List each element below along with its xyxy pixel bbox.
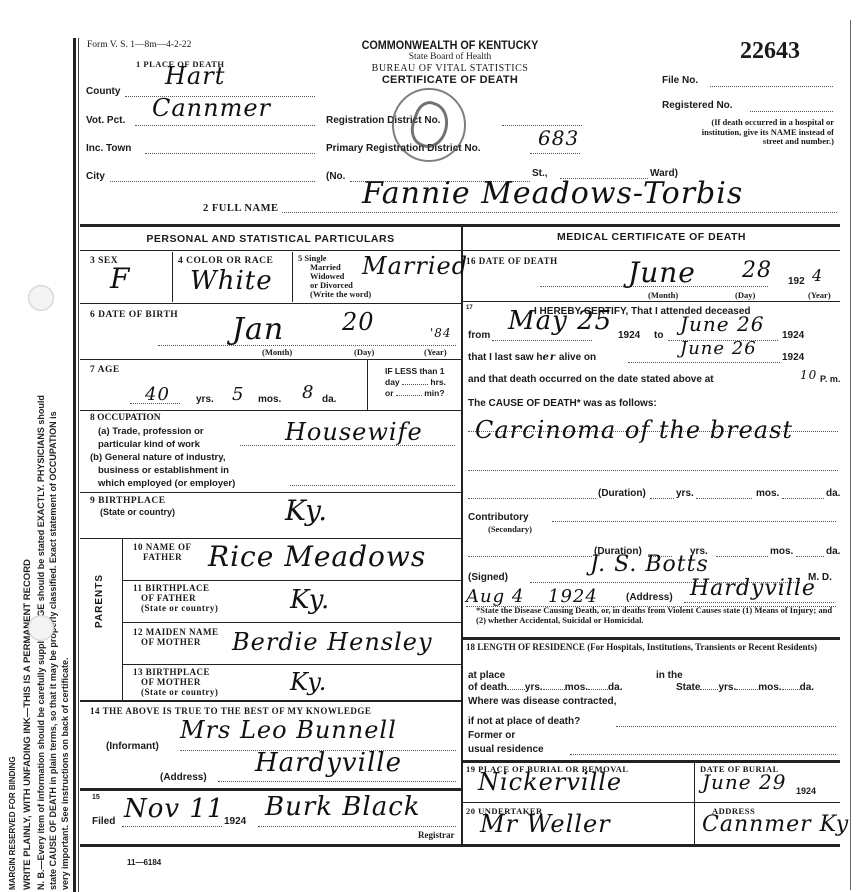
to-label: to bbox=[654, 330, 663, 341]
duration-mos-field[interactable] bbox=[696, 498, 752, 499]
binding-margin: MARGIN RESERVED FOR BINDING WRITE PLAINL… bbox=[0, 30, 80, 892]
registered-no-label: Registered No. bbox=[662, 100, 733, 111]
filed-date-value: Nov 11 bbox=[124, 794, 224, 824]
occupation-labels: 8 OCCUPATION (a) Trade, profession or pa… bbox=[90, 412, 235, 490]
divider bbox=[80, 303, 461, 304]
residence-label: 18 LENGTH OF RESIDENCE (For Hospitals, I… bbox=[466, 642, 838, 653]
registrar-value: Burk Black bbox=[265, 792, 421, 822]
punch-hole bbox=[28, 615, 54, 641]
vot-pct-value: Cannmer bbox=[152, 94, 271, 122]
to-year: 1924 bbox=[782, 330, 804, 341]
divider bbox=[694, 762, 695, 844]
parents-vertical-label: PARENTS bbox=[94, 574, 105, 628]
date-of-death-label: 16 DATE OF DEATH bbox=[466, 256, 558, 266]
at-place-label: at place bbox=[468, 670, 505, 681]
divider bbox=[122, 580, 461, 581]
attended-from-value: May 25 bbox=[508, 306, 612, 336]
sign-date-value: Aug 4 bbox=[466, 586, 524, 607]
certificate-title: CERTIFICATE OF DEATH bbox=[330, 74, 570, 86]
of-death-text: of death bbox=[468, 682, 507, 693]
divider bbox=[80, 250, 461, 251]
duration2-da-label: da. bbox=[826, 546, 840, 557]
certify-number: 17 bbox=[466, 305, 473, 311]
age-days-value: 8 bbox=[302, 382, 314, 403]
father-name-value: Rice Meadows bbox=[208, 540, 426, 573]
duration-da-field[interactable] bbox=[782, 498, 824, 499]
mother-birthplace-label-line: 13 BIRTHPLACE bbox=[133, 667, 218, 677]
undertaker-address-value: Cannmer Ky bbox=[702, 812, 849, 837]
county-value: Hart bbox=[165, 62, 225, 90]
filed-label: Filed bbox=[92, 816, 115, 827]
registrar-line bbox=[258, 826, 456, 827]
from-year: 1924 bbox=[618, 330, 640, 341]
divider bbox=[367, 360, 368, 410]
divider bbox=[463, 250, 840, 251]
primary-reg-district-line bbox=[530, 153, 580, 154]
personal-section-title: PERSONAL AND STATISTICAL PARTICULARS bbox=[80, 233, 461, 245]
dod-day-caption: (Day) bbox=[735, 290, 755, 300]
last-saw-pronoun: er bbox=[542, 352, 556, 363]
mother-name-label-line: 12 MAIDEN NAME bbox=[133, 627, 219, 637]
yrs-label: yrs. bbox=[196, 394, 214, 405]
duration2-mos-field[interactable] bbox=[716, 556, 768, 557]
footer-code: 11—6184 bbox=[127, 858, 161, 867]
dob-year-value: '84 bbox=[430, 326, 452, 340]
full-name-value: Fannie Meadows-Torbis bbox=[362, 176, 743, 211]
duration-label: (Duration) bbox=[598, 488, 646, 499]
state-text: State bbox=[676, 682, 700, 693]
mother-birthplace-label-line: OF MOTHER bbox=[133, 677, 218, 687]
margin-instruction-line2: N. B.—Every item of information should b… bbox=[36, 395, 46, 890]
sign-year-value: 1924 bbox=[548, 586, 598, 607]
residence-state-mos-field[interactable] bbox=[736, 689, 758, 690]
father-birthplace-label-line: OF FATHER bbox=[133, 593, 218, 603]
vot-pct-field-line bbox=[135, 125, 315, 126]
physician-signature: J. S. Botts bbox=[590, 552, 709, 577]
divider bbox=[122, 538, 123, 700]
divider bbox=[172, 252, 173, 302]
filed-year: 1924 bbox=[224, 816, 246, 827]
residence-place-da-field[interactable] bbox=[588, 689, 608, 690]
divider bbox=[463, 301, 840, 302]
contributory-field[interactable] bbox=[552, 521, 836, 522]
marital-status-label: 5 Single Married Widowed or Divorced (Wr… bbox=[298, 254, 371, 299]
duration-yrs-label: yrs. bbox=[676, 488, 694, 499]
burial-date-value: June 29 bbox=[702, 770, 786, 794]
occupation-a-label: particular kind of work bbox=[90, 438, 235, 451]
divider bbox=[80, 410, 461, 411]
file-no-field[interactable] bbox=[710, 86, 833, 87]
cause-footnote: *State the Disease Causing Death, or, in… bbox=[476, 606, 836, 625]
bureau-title: BUREAU OF VITAL STATISTICS bbox=[330, 63, 570, 74]
mother-name-label: 12 MAIDEN NAME OF MOTHER bbox=[133, 627, 219, 647]
dob-month-value: Jan bbox=[232, 312, 284, 347]
marital-status-value: Married bbox=[362, 252, 468, 280]
divider bbox=[292, 252, 293, 302]
street-no-label: (No. bbox=[326, 171, 345, 182]
margin-instruction-line1: WRITE PLAINLY, WITH UNFADING INK—THIS IS… bbox=[22, 559, 33, 890]
last-saw-line bbox=[628, 362, 780, 363]
burial-place-value: Nickerville bbox=[478, 768, 622, 796]
day-caption: (Day) bbox=[354, 347, 374, 357]
occupation-b-label: which employed (or employer) bbox=[90, 477, 235, 490]
race-value: White bbox=[190, 266, 273, 296]
issuer-title: COMMONWEALTH OF KENTUCKY bbox=[342, 38, 558, 52]
divider bbox=[80, 700, 461, 702]
informant-header: 14 THE ABOVE IS TRUE TO THE BEST OF MY K… bbox=[90, 706, 371, 716]
certificate-number: 22643 bbox=[740, 38, 800, 65]
father-name-label: 10 NAME OF FATHER bbox=[133, 542, 192, 562]
mother-birthplace-label-line: (State or country) bbox=[133, 687, 218, 697]
state-residence-label: Stateyrs.mos.da. bbox=[676, 682, 814, 693]
burial-date-year: 1924 bbox=[796, 786, 816, 796]
father-name-label-line: FATHER bbox=[133, 552, 192, 562]
sign-address-line bbox=[684, 602, 834, 603]
duration2-field[interactable] bbox=[468, 556, 592, 557]
age-years-value: 40 bbox=[145, 384, 170, 405]
attended-to-value: June 26 bbox=[680, 312, 764, 336]
birthplace-value: Ky. bbox=[285, 494, 328, 527]
official-seal-stamp bbox=[392, 88, 466, 162]
signed-label: (Signed) bbox=[468, 572, 508, 583]
board-title: State Board of Health bbox=[330, 52, 570, 63]
cause-line-2[interactable] bbox=[468, 470, 838, 471]
from-line bbox=[492, 340, 592, 341]
min-field[interactable] bbox=[396, 395, 422, 396]
last-saw-value: June 26 bbox=[680, 338, 757, 359]
county-label: County bbox=[86, 86, 120, 97]
not-at-place-label: if not at place of death? bbox=[468, 716, 580, 727]
certificate-title-block: COMMONWEALTH OF KENTUCKY State Board of … bbox=[330, 38, 570, 86]
sign-address-value: Hardyville bbox=[690, 576, 816, 601]
usual-residence-field[interactable] bbox=[570, 754, 836, 755]
last-saw-text: that I last saw h bbox=[468, 352, 542, 363]
medical-section-title: MEDICAL CERTIFICATE OF DEATH bbox=[463, 231, 840, 243]
punch-hole bbox=[28, 285, 54, 311]
informant-value: Mrs Leo Bunnell bbox=[180, 716, 397, 744]
da-label: da. bbox=[800, 682, 814, 693]
father-birthplace-label: 11 BIRTHPLACE OF FATHER (State or countr… bbox=[133, 583, 218, 613]
occupation-a-label: (a) Trade, profession or bbox=[90, 425, 235, 438]
mos-label: mos. bbox=[565, 682, 588, 693]
or-label: or bbox=[385, 388, 394, 398]
yrs-label: yrs. bbox=[718, 682, 736, 693]
time-suffix: P. m. bbox=[820, 374, 840, 384]
duration-da-label: da. bbox=[826, 488, 840, 499]
divider bbox=[80, 538, 461, 539]
full-name-label: 2 FULL NAME bbox=[203, 203, 279, 214]
divider bbox=[463, 802, 840, 803]
year-caption: (Year) bbox=[424, 347, 447, 357]
dob-line bbox=[158, 345, 456, 346]
dod-year-caption: (Year) bbox=[808, 290, 831, 300]
residence-state-yrs-field[interactable] bbox=[700, 689, 718, 690]
birthplace-label: 9 BIRTHPLACE bbox=[90, 496, 166, 506]
registrar-label: Registrar bbox=[418, 830, 454, 840]
mos-label: mos. bbox=[258, 394, 281, 405]
duration-mos-label: mos. bbox=[756, 488, 779, 499]
father-birthplace-label-line: 11 BIRTHPLACE bbox=[133, 583, 218, 593]
full-name-line bbox=[282, 212, 837, 213]
yrs-label: yrs. bbox=[525, 682, 543, 693]
race-label: 4 COLOR OR RACE bbox=[178, 256, 273, 266]
occupation-b-label: (b) General nature of industry, bbox=[90, 451, 235, 464]
bottom-border bbox=[80, 844, 840, 847]
dod-day-value: 28 bbox=[742, 258, 772, 283]
attended-from-label: from bbox=[468, 330, 490, 341]
divider bbox=[122, 622, 461, 623]
day-label: day bbox=[385, 377, 400, 387]
time-of-death-value: 10 bbox=[800, 368, 817, 382]
section-divider bbox=[80, 224, 840, 227]
margin-reserved-text: MARGIN RESERVED FOR BINDING bbox=[8, 756, 17, 890]
hrs-label: hrs. bbox=[430, 377, 446, 387]
hospital-note: (If death occurred in a hospital or inst… bbox=[694, 118, 834, 147]
usual-residence-label: usual residence bbox=[468, 744, 544, 755]
city-field[interactable] bbox=[110, 181, 315, 182]
occupation-value: Housewife bbox=[285, 418, 423, 446]
contracted-field[interactable] bbox=[616, 726, 836, 727]
residence-place-mos-field[interactable] bbox=[543, 689, 565, 690]
city-label: City bbox=[86, 171, 105, 182]
residence-place-yrs-field[interactable] bbox=[507, 689, 525, 690]
cause-of-death-label: The CAUSE OF DEATH* was as follows: bbox=[468, 398, 657, 409]
informant-label: (Informant) bbox=[106, 741, 159, 752]
dod-year-value: 4 bbox=[812, 266, 823, 285]
father-birthplace-value: Ky. bbox=[290, 585, 330, 615]
marital-label-line: (Write the word) bbox=[298, 290, 371, 299]
age-months-value: 5 bbox=[232, 384, 244, 405]
mother-birthplace-value: Ky. bbox=[290, 668, 327, 696]
residence-state-da-field[interactable] bbox=[782, 689, 800, 690]
primary-reg-district-value: 683 bbox=[538, 126, 579, 150]
cause-of-death-value: Carcinoma of the breast bbox=[475, 416, 793, 444]
divider bbox=[80, 359, 461, 360]
industry-field[interactable] bbox=[290, 485, 455, 486]
informant-address-line bbox=[218, 781, 456, 782]
birthplace-sub-label: (State or country) bbox=[100, 507, 175, 517]
dod-year-prefix: 192 bbox=[788, 276, 805, 287]
duration2-mos-label: mos. bbox=[770, 546, 793, 557]
sign-address-label: (Address) bbox=[626, 592, 673, 603]
inc-town-label: Inc. Town bbox=[86, 143, 131, 154]
filed-number: 15 bbox=[92, 794, 100, 801]
mother-name-value: Berdie Hensley bbox=[232, 628, 433, 656]
inc-town-field[interactable] bbox=[145, 153, 315, 154]
margin-instruction-line4: very important. See instructions on back… bbox=[60, 657, 70, 890]
informant-address-label: (Address) bbox=[160, 772, 207, 783]
divider bbox=[463, 637, 840, 640]
father-birthplace-label-line: (State or country) bbox=[133, 603, 218, 613]
da-label: da. bbox=[608, 682, 622, 693]
divider bbox=[80, 492, 461, 493]
informant-address-value: Hardyville bbox=[255, 748, 402, 778]
sex-value: F bbox=[110, 262, 130, 295]
mos-label: mos. bbox=[758, 682, 781, 693]
form-number: Form V. S. 1—8m—4-2-22 bbox=[87, 40, 191, 50]
divider bbox=[80, 788, 461, 791]
frame-border bbox=[73, 38, 76, 892]
hrs-field[interactable] bbox=[402, 384, 428, 385]
divider bbox=[463, 760, 840, 763]
less-than-label: IF LESS than 1 bbox=[385, 366, 446, 377]
occupation-b-label: business or establishment in bbox=[90, 464, 235, 477]
in-the-label: in the bbox=[656, 670, 683, 681]
month-caption: (Month) bbox=[262, 347, 292, 357]
occupation-label: 8 OCCUPATION bbox=[90, 412, 235, 425]
dob-day-value: 20 bbox=[342, 308, 375, 336]
mother-name-label-line: OF MOTHER bbox=[133, 637, 219, 647]
alive-on-text: alive on bbox=[559, 352, 596, 363]
frame-border bbox=[850, 20, 851, 890]
contributory-label: Contributory bbox=[468, 512, 529, 523]
filed-line bbox=[122, 826, 222, 827]
father-name-label-line: 10 NAME OF bbox=[133, 542, 192, 552]
vot-pct-label: Vot. Pct. bbox=[86, 115, 125, 126]
file-no-label: File No. bbox=[662, 75, 698, 86]
death-occurred-text: and that death occurred on the date stat… bbox=[468, 374, 714, 385]
last-saw-year: 1924 bbox=[782, 352, 804, 363]
dod-month-caption: (Month) bbox=[648, 290, 678, 300]
duration2-da-field[interactable] bbox=[796, 556, 824, 557]
age-label: 7 AGE bbox=[90, 365, 120, 375]
undertaker-value: Mr Weller bbox=[480, 810, 611, 838]
min-label: min? bbox=[424, 388, 444, 398]
duration-yrs-field[interactable] bbox=[650, 498, 674, 499]
last-saw-label: that I last saw her alive on bbox=[468, 352, 596, 363]
da-label: da. bbox=[322, 394, 336, 405]
frame-border bbox=[78, 38, 79, 892]
contracted-label: Where was disease contracted, bbox=[468, 696, 616, 707]
former-label: Former or bbox=[468, 730, 515, 741]
of-death-label: of deathyrs.mos.da. bbox=[468, 682, 622, 693]
divider bbox=[122, 664, 461, 665]
margin-instruction-line3: state CAUSE OF DEATH in plain terms, so … bbox=[48, 411, 58, 890]
dod-month-value: June bbox=[628, 256, 696, 289]
mother-birthplace-label: 13 BIRTHPLACE OF MOTHER (State or countr… bbox=[133, 667, 218, 697]
less-than-day-box: IF LESS than 1 day hrs. or min? bbox=[385, 366, 446, 399]
secondary-label: (Secondary) bbox=[488, 524, 532, 534]
dob-label: 6 DATE OF BIRTH bbox=[90, 310, 178, 320]
column-divider bbox=[461, 224, 463, 844]
registered-no-field[interactable] bbox=[750, 111, 833, 112]
duration-field[interactable] bbox=[468, 498, 596, 499]
